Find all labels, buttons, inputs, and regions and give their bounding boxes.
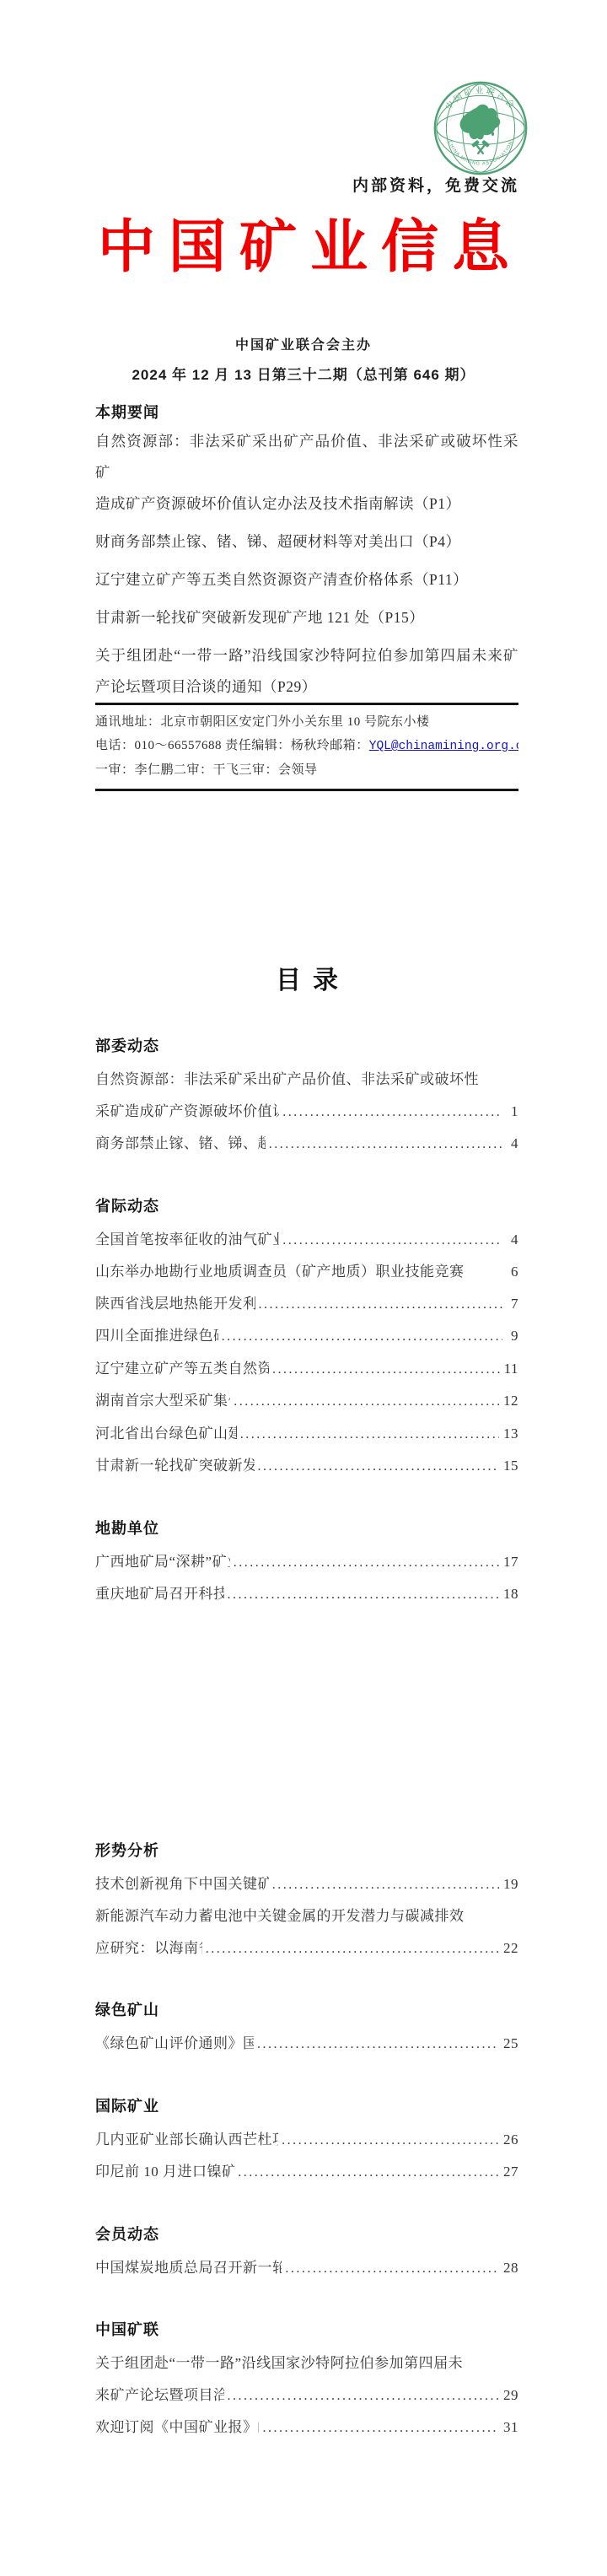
page-number: 1 — [507, 1096, 518, 1128]
contact-phone-editor: 电话：010～66557688 责任编辑：杨秋玲邮箱：YQL@chinamini… — [95, 734, 518, 758]
toc-entry: 欢迎订阅《中国矿业报》邮发代号：1－18531 — [95, 2412, 518, 2444]
page-number: 4 — [507, 1128, 518, 1160]
toc-entry: 应研究：以海南省为例22 — [95, 1932, 518, 1965]
toc-entry: 中国煤炭地质总局召开新一轮找矿突破战略行动推进会28 — [95, 2252, 518, 2285]
leader-dots — [238, 2157, 499, 2189]
toc-section-heading: 省际动态 — [95, 1196, 518, 1216]
highlight-line: 财商务部禁止镓、锗、锑、超硬材料等对美出口（P4） — [95, 526, 518, 558]
toc-entry: 几内亚矿业部长确认西芒杜项目建设完成度已超 50%26 — [95, 2124, 518, 2157]
toc-entry-title: 山东举办地勘行业地质调查员（矿产地质）职业技能竞赛 — [95, 1256, 465, 1288]
toc-section-heading: 形势分析 — [95, 1840, 518, 1861]
toc-entry-title: 中国煤炭地质总局召开新一轮找矿突破战略行动推进会 — [95, 2252, 282, 2284]
page-number: 28 — [503, 2252, 518, 2284]
toc-entry-title: 陕西省浅层地热能开发利用潜力完成评价 — [95, 1288, 255, 1320]
toc-section-international-mining: 国际矿业 几内亚矿业部长确认西芒杜项目建设完成度已超 50%26 印尼前 10 … — [95, 2096, 518, 2189]
toc-entry-title: 来矿产论坛暨项目洽谈的通知 — [95, 2379, 224, 2412]
leader-dots — [262, 2412, 499, 2444]
leader-dots — [282, 2125, 499, 2157]
toc-entry: 印尼前 10 月进口镍矿石 930 万吨27 — [95, 2156, 518, 2189]
leader-dots — [240, 1419, 499, 1451]
leader-dots — [269, 1129, 502, 1161]
page-number: 19 — [503, 1868, 518, 1900]
page-number: 22 — [503, 1932, 518, 1964]
page-number: 27 — [503, 2156, 518, 2188]
page-number: 11 — [504, 1353, 518, 1385]
highlight-item: 关于组团赴“一带一路”沿线国家沙特阿拉伯参加第四届未来矿 产论坛暨项目洽谈的通知… — [95, 640, 518, 703]
toc-entry: 采矿造成矿产资源破坏价值认定办法及技术指南解读1 — [95, 1096, 518, 1129]
toc-entry-title: 湖南首宗大型采矿集体土地入市 — [95, 1385, 230, 1417]
issue-date-line: 2024 年 12 月 13 日第三十二期（总刊第 646 期） — [0, 363, 607, 384]
highlights-heading: 本期要闻 — [95, 402, 518, 423]
toc-entry-title: 辽宁建立矿产等五类自然资源资产清查价格体系 — [95, 1353, 269, 1385]
highlight-line: 关于组团赴“一带一路”沿线国家沙特阿拉伯参加第四届未来矿 — [95, 640, 518, 671]
toc-entry: 山东举办地勘行业地质调查员（矿产地质）职业技能竞赛6 — [95, 1256, 518, 1288]
highlight-line: 自然资源部：非法采矿采出矿产品价值、非法采矿或破坏性采矿 — [95, 426, 518, 488]
toc-section-provincial: 省际动态 全国首笔按率征收的油气矿业权出让收益在扬州开征4 山东举办地勘行业地质… — [95, 1196, 518, 1483]
toc-entry: 甘肃新一轮找矿突破新发现矿产地 121 处15 — [95, 1450, 518, 1483]
editor-email-link[interactable]: YQL@chinamining.org.cn — [369, 740, 518, 753]
internal-material-notice: 内部资料，免费交流 — [352, 173, 519, 196]
page-number: 6 — [507, 1256, 518, 1288]
toc-title: 目录 — [95, 964, 518, 998]
toc-section-geological-units: 地勘单位 广西地矿局“深耕”矿业开发领域17 重庆地矿局召开科技创新大会18 — [95, 1518, 518, 1611]
leader-dots — [228, 1579, 499, 1611]
leader-dots — [282, 1097, 502, 1129]
leader-dots — [228, 2380, 499, 2412]
toc-section-heading: 国际矿业 — [95, 2096, 518, 2116]
toc-entry: 河北省出台绿色矿山建设管理办法13 — [95, 1418, 518, 1451]
page-number: 9 — [507, 1320, 518, 1352]
toc-section-green-mines: 绿色矿山 《绿色矿山评价通则》国家标准获批发布25 — [95, 2000, 518, 2061]
contact-box: 通讯地址：北京市朝阳区安定门外小关东里 10 号院东小楼 电话：010～6655… — [95, 703, 518, 791]
toc-section-heading: 地勘单位 — [95, 1518, 518, 1539]
toc-entry-title: 全国首笔按率征收的油气矿业权出让收益在扬州开征 — [95, 1224, 279, 1256]
toc-section-heading: 绿色矿山 — [95, 2000, 518, 2020]
toc-entry-title: 《绿色矿山评价通则》国家标准获批发布 — [95, 2028, 254, 2060]
leader-dots — [259, 1289, 502, 1321]
leader-dots — [234, 1547, 499, 1579]
leader-dots — [272, 1354, 500, 1386]
page-number: 25 — [503, 2028, 518, 2060]
organizer-line: 中国矿业联合会主办 — [0, 334, 607, 353]
toc-section-situation-analysis: 形势分析 技术创新视角下中国关键矿产最优生产路径研究19 新能源汽车动力蓄电池中… — [95, 1840, 518, 1965]
leader-dots — [282, 1225, 502, 1257]
page-number: 15 — [503, 1450, 518, 1482]
toc-entry-continuation: 自然资源部：非法采矿采出矿产品价值、非法采矿或破坏性 — [95, 1064, 518, 1096]
toc-entry: 四川全面推进绿色矿山建设9 — [95, 1320, 518, 1353]
page-number: 18 — [503, 1578, 518, 1610]
toc-entry-title: 重庆地矿局召开科技创新大会 — [95, 1578, 224, 1610]
leader-dots — [222, 1321, 502, 1353]
toc-entry-title: 几内亚矿业部长确认西芒杜项目建设完成度已超 50% — [95, 2124, 278, 2156]
toc-entry: 来矿产论坛暨项目洽谈的通知29 — [95, 2379, 518, 2412]
toc-entry: 辽宁建立矿产等五类自然资源资产清查价格体系11 — [95, 1353, 518, 1386]
toc-section-china-mining-association: 中国矿联 关于组团赴“一带一路”沿线国家沙特阿拉伯参加第四届未 来矿产论坛暨项目… — [95, 2320, 518, 2444]
highlight-item: 辽宁建立矿产等五类自然资源资产清查价格体系（P11） — [95, 564, 518, 595]
toc-section-heading: 部委动态 — [95, 1036, 518, 1056]
highlight-line: 产论坛暨项目洽谈的通知（P29） — [95, 671, 518, 703]
page-number: 29 — [503, 2379, 518, 2412]
toc-entry-title: 欢迎订阅《中国矿业报》邮发代号：1－185 — [95, 2412, 259, 2444]
toc-section-heading: 会员动态 — [95, 2224, 518, 2245]
toc-entry: 商务部禁止镓、锗、锑、超硬材料等对美出口4 — [95, 1128, 518, 1161]
contact-reviewers: 一审：李仁鹏二审：干飞三审：会领导 — [95, 758, 518, 782]
highlight-line: 造成矿产资源破坏价值认定办法及技术指南解读（P1） — [95, 488, 518, 520]
page-number: 7 — [507, 1288, 518, 1320]
toc-entry: 重庆地矿局召开科技创新大会18 — [95, 1578, 518, 1611]
page-body: 本期要闻 自然资源部：非法采矿采出矿产品价值、非法采矿或破坏性采矿 造成矿产资源… — [95, 402, 518, 2444]
toc-section-member-news: 会员动态 中国煤炭地质总局召开新一轮找矿突破战略行动推进会28 — [95, 2224, 518, 2285]
contact-address: 通讯地址：北京市朝阳区安定门外小关东里 10 号院东小楼 — [95, 710, 518, 734]
toc-entry-continuation: 新能源汽车动力蓄电池中关键金属的开发潜力与碳减排效 — [95, 1900, 518, 1932]
page-number: 12 — [503, 1385, 518, 1417]
toc-entry: 全国首笔按率征收的油气矿业权出让收益在扬州开征4 — [95, 1224, 518, 1257]
highlight-line: 辽宁建立矿产等五类自然资源资产清查价格体系（P11） — [95, 564, 518, 595]
toc-entry-title: 印尼前 10 月进口镍矿石 930 万吨 — [95, 2156, 234, 2188]
toc-entry-title: 应研究：以海南省为例 — [95, 1932, 202, 1964]
toc-section-heading: 中国矿联 — [95, 2320, 518, 2340]
leader-dots — [234, 1386, 499, 1418]
page-number: 31 — [503, 2412, 518, 2444]
leader-dots — [285, 2253, 499, 2285]
toc-entry: 湖南首宗大型采矿集体土地入市12 — [95, 1385, 518, 1418]
china-mining-association-logo-icon: 中国矿业联合会 CHINA MINING ASSOCIATION — [432, 79, 529, 177]
leader-dots — [258, 1451, 499, 1483]
toc-entry: 《绿色矿山评价通则》国家标准获批发布25 — [95, 2028, 518, 2061]
toc-entry-title: 甘肃新一轮找矿突破新发现矿产地 121 处 — [95, 1450, 255, 1482]
highlight-item: 财商务部禁止镓、锗、锑、超硬材料等对美出口（P4） — [95, 526, 518, 558]
toc-entry-title: 采矿造成矿产资源破坏价值认定办法及技术指南解读 — [95, 1096, 279, 1128]
toc-entry-title: 技术创新视角下中国关键矿产最优生产路径研究 — [95, 1868, 269, 1900]
toc-entry-continuation: 关于组团赴“一带一路”沿线国家沙特阿拉伯参加第四届未 — [95, 2347, 518, 2379]
toc-entry-title: 商务部禁止镓、锗、锑、超硬材料等对美出口 — [95, 1128, 266, 1160]
page-number: 13 — [503, 1418, 518, 1450]
leader-dots — [272, 1869, 499, 1901]
toc-entry-title: 四川全面推进绿色矿山建设 — [95, 1320, 218, 1352]
page-number: 4 — [507, 1224, 518, 1256]
toc-entry: 广西地矿局“深耕”矿业开发领域17 — [95, 1546, 518, 1579]
page-number: 26 — [503, 2124, 518, 2156]
toc-section-ministry: 部委动态 自然资源部：非法采矿采出矿产品价值、非法采矿或破坏性 采矿造成矿产资源… — [95, 1036, 518, 1161]
toc-entry: 陕西省浅层地热能开发利用潜力完成评价7 — [95, 1288, 518, 1321]
leader-dots — [257, 2029, 499, 2061]
highlight-item: 甘肃新一轮找矿突破新发现矿产地 121 处（P15） — [95, 602, 518, 633]
contact-phone-prefix: 电话：010～66557688 责任编辑：杨秋玲邮箱： — [95, 739, 369, 752]
leader-dots — [206, 1933, 499, 1965]
highlight-item: 自然资源部：非法采矿采出矿产品价值、非法采矿或破坏性采矿 造成矿产资源破坏价值认… — [95, 426, 518, 520]
toc-entry-title: 广西地矿局“深耕”矿业开发领域 — [95, 1546, 230, 1578]
highlight-line: 甘肃新一轮找矿突破新发现矿产地 121 处（P15） — [95, 602, 518, 633]
page-title: 中国矿业信息 — [0, 211, 607, 283]
toc-entry: 技术创新视角下中国关键矿产最优生产路径研究19 — [95, 1868, 518, 1901]
page-number: 17 — [503, 1546, 518, 1578]
toc-entry-title: 河北省出台绿色矿山建设管理办法 — [95, 1418, 237, 1450]
